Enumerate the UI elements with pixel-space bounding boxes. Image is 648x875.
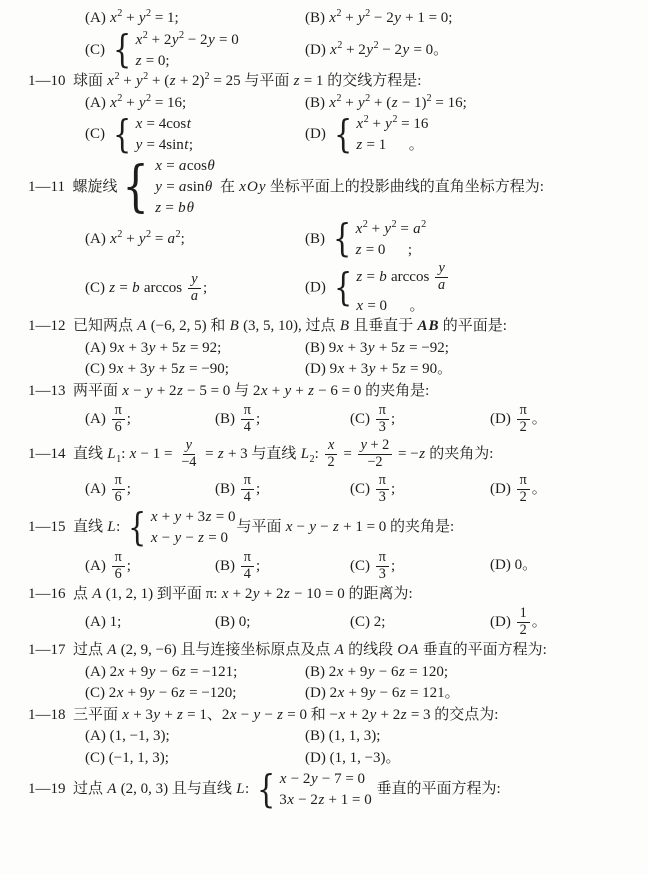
fraction: π2 <box>517 403 530 436</box>
text-run: 的夹角是: <box>361 383 429 399</box>
math-run: A <box>107 781 117 797</box>
math-run: ; <box>127 558 131 574</box>
option-cell: (C) π3; <box>350 473 490 506</box>
text-run: 。 <box>532 411 547 427</box>
math-run: 2; <box>374 614 386 630</box>
text-run: 1—14 直线 <box>28 446 107 462</box>
option-cell: (D) (1, 1, −3)。 <box>305 749 401 769</box>
text-run: (C) <box>85 685 109 701</box>
text-run: 。 <box>532 614 547 630</box>
system-equation: x − 2y − 7 = 0 <box>279 770 371 788</box>
text-run: 的夹角是: <box>386 519 454 535</box>
option-cell: (A) 1; <box>85 613 215 633</box>
option-cell: (D) 9x + 3y + 5z = 90。 <box>305 360 452 380</box>
math-run: ; <box>256 481 260 497</box>
document-line: 1—10 球面 x2 + y2 + (z + 2)2 = 25 与平面 z = … <box>0 72 644 92</box>
text-run: 的交点为: <box>431 707 499 723</box>
math-run: OA <box>397 642 419 658</box>
math-run: 9x + 3y + 5z = 92; <box>110 340 222 356</box>
document-line: (A) π6;(B) π4;(C) π3;(D) π2。 <box>0 403 644 436</box>
math-run: x2 + 2y2 − 2y = 0。 <box>330 42 449 58</box>
math-run: L: <box>107 519 124 535</box>
text-run: (B) <box>305 95 329 111</box>
text-run: 和 <box>307 707 330 723</box>
math-run: = z + 3 <box>201 446 247 462</box>
math-run: L: <box>236 781 253 797</box>
math-run: z = 1 。 <box>356 137 424 153</box>
option-cell: (C) 2x + 9y − 6z = −120; <box>85 684 305 704</box>
problem-statement: 1—10 球面 x2 + y2 + (z + 2)2 = 25 与平面 z = … <box>28 72 421 92</box>
math-run: xOy <box>239 179 266 195</box>
left-brace-icon: { <box>333 224 351 255</box>
text-run: (D) <box>305 750 330 766</box>
math-run: 2x + 9y − 6z = −120; <box>109 685 237 701</box>
math-run: (1, 1, −3)。 <box>330 750 401 766</box>
math-run: x2 + y2 − 2y + 1 = 0; <box>329 10 453 26</box>
option-cell: (C) {x2 + 2y2 − 2y = 0z = 0; <box>85 31 305 71</box>
text-run: (B) <box>215 411 239 427</box>
math-run: x − y + 2z − 5 = 0 <box>122 383 231 399</box>
text-run: (1, 2, 1) 到平面 <box>102 586 206 602</box>
fraction: π2 <box>517 473 530 506</box>
document-line: (C) 9x + 3y + 5z = −90;(D) 9x + 3y + 5z … <box>0 360 644 380</box>
option-cell: (B) π4; <box>215 550 350 583</box>
system-equation: z = bθ <box>155 199 216 217</box>
math-run: B <box>339 318 349 334</box>
text-run: (D) <box>490 614 515 630</box>
math-run: x2 + 2y2 − 2y = 0 <box>135 32 239 48</box>
text-run: (D) <box>490 411 515 427</box>
option-cell: (B) 9x + 3y + 5z = −92; <box>305 339 449 359</box>
text-run: (D) <box>305 280 330 296</box>
option-cell: (A) π6; <box>85 403 215 436</box>
text-run: 的交线方程是: <box>323 73 421 89</box>
math-run: L1: x − 1 = <box>107 446 176 462</box>
option-cell: (A) 9x + 3y + 5z = 92; <box>85 339 305 359</box>
text-run: (A) <box>85 340 110 356</box>
text-run: (A) <box>85 728 110 744</box>
document-line: 1—18 三平面 x + 3y + z = 1、2x − y − z = 0 和… <box>0 706 644 726</box>
system-equation: y = asinθ <box>155 178 216 196</box>
option-cell: (B) π4; <box>215 473 350 506</box>
math-run: x2 + y2 = a2; <box>110 231 185 247</box>
math-run: x2 + y2 = 16 <box>356 116 428 132</box>
left-brace-icon: { <box>128 513 146 544</box>
text-run: 1—11 螺旋线 <box>28 179 117 195</box>
text-run: (C) <box>350 411 374 427</box>
option-cell: (B) 0; <box>215 613 350 633</box>
text-run: 垂直的平面方程为: <box>419 642 547 658</box>
text-run: (A) <box>85 10 110 26</box>
text-run: 与 <box>230 383 253 399</box>
text-run: 的线段 <box>344 642 397 658</box>
left-brace-icon: { <box>113 120 131 151</box>
option-cell: (D) 12。 <box>490 606 547 639</box>
system-equation: z = 0; <box>135 52 239 70</box>
left-brace-icon: { <box>334 273 352 304</box>
fraction: π6 <box>112 550 125 583</box>
text-run: (C) <box>350 614 374 630</box>
math-run: y = 4sint; <box>135 137 193 153</box>
text-run: 且垂直于 <box>349 318 417 334</box>
option-cell: (D) 2x + 9y − 6z = 121。 <box>305 684 460 704</box>
document-line: (C) {x = 4costy = 4sint;(D) {x2 + y2 = 1… <box>0 115 644 155</box>
document-line: 1—13 两平面 x − y + 2z − 5 = 0 与 2x + y + z… <box>0 382 644 402</box>
document-line: (A) x2 + y2 = a2;(B) {x2 + y2 = a2z = 0 … <box>0 220 644 260</box>
text-run: (C) <box>85 42 109 58</box>
math-run: x = acosθ <box>155 158 216 174</box>
math-run: ; <box>127 481 131 497</box>
system-equation: x = acosθ <box>155 157 216 175</box>
option-cell: (D) x2 + 2y2 − 2y = 0。 <box>305 41 448 61</box>
option-cell: (C) z = b arccos ya; <box>85 272 305 305</box>
text-run: (−6, 2, 5) 和 <box>147 318 229 334</box>
math-run: A <box>334 642 344 658</box>
math-run: z = 0; <box>135 53 169 69</box>
document-line: 1—16 点 A (1, 2, 1) 到平面 π: x + 2y + 2z − … <box>0 585 644 605</box>
equation-system: {x − 2y − 7 = 03x − 2z + 1 = 0 <box>254 770 372 810</box>
math-run: x + 3y + z = 1 <box>122 707 207 723</box>
option-cell: (A) x2 + y2 = 1; <box>85 9 305 29</box>
document-line: 1—17 过点 A (2, 9, −6) 且与连接坐标原点及点 A 的线段 OA… <box>0 641 644 661</box>
math-run: π: x + 2y + 2z − 10 = 0 <box>206 586 345 602</box>
option-cell: (B) π4; <box>215 403 350 436</box>
system-equation: z = 1 。 <box>356 136 428 154</box>
fraction: π3 <box>376 550 389 583</box>
document-line: (A) 1;(B) 0;(C) 2;(D) 12。 <box>0 606 644 639</box>
math-run: ; <box>127 411 131 427</box>
text-run: 。 <box>532 481 547 497</box>
math-run: A <box>107 642 117 658</box>
option-cell: (C) π3; <box>350 403 490 436</box>
fraction: π6 <box>112 403 125 436</box>
document-line: 1—19 过点 A (2, 0, 3) 且与直线 L: {x − 2y − 7 … <box>0 770 644 810</box>
fraction: ya <box>188 272 201 305</box>
text-run: 1—15 直线 <box>28 519 107 535</box>
option-cell: (C) π3; <box>350 550 490 583</box>
math-run: 0。 <box>515 557 538 573</box>
document-line: (C) (−1, 1, 3);(D) (1, 1, −3)。 <box>0 749 644 769</box>
text-run: 与平面 <box>236 519 285 535</box>
system-equation: 3x − 2z + 1 = 0 <box>279 791 371 809</box>
text-run: 1—13 两平面 <box>28 383 122 399</box>
document-line: 1—12 已知两点 A (−6, 2, 5) 和 B (3, 5, 10), 过… <box>0 317 644 337</box>
math-run: = −z <box>394 446 425 462</box>
text-run: 1—12 已知两点 <box>28 318 137 334</box>
math-run: x2 + y2 = a2 <box>355 221 426 237</box>
text-run: (B) <box>305 340 329 356</box>
option-cell: (C) 9x + 3y + 5z = −90; <box>85 360 305 380</box>
option-cell: (A) x2 + y2 = 16; <box>85 94 305 114</box>
problem-statement: 1—19 过点 A (2, 0, 3) 且与直线 L: {x − 2y − 7 … <box>28 770 501 810</box>
math-run: x + y + 3z = 0 <box>150 509 235 525</box>
option-cell: (D) 0。 <box>490 556 537 576</box>
left-brace-icon: { <box>113 35 131 66</box>
left-brace-icon: { <box>257 775 275 806</box>
text-run: (A) <box>85 614 110 630</box>
text-run: (B) <box>305 728 329 744</box>
document-line: (C) 2x + 9y − 6z = −120;(D) 2x + 9y − 6z… <box>0 684 644 704</box>
text-run: 坐标平面上的投影曲线的直角坐标方程为: <box>266 179 544 195</box>
math-run: 1; <box>110 614 122 630</box>
option-cell: (D) π2。 <box>490 473 547 506</box>
fraction: ya <box>435 261 448 294</box>
math-run: ; <box>203 280 207 296</box>
text-run: (2, 9, −6) 且与连接坐标原点及点 <box>117 642 334 658</box>
fraction: π3 <box>376 403 389 436</box>
math-run: (1, 1, 3); <box>329 728 381 744</box>
option-cell: (C) 2; <box>350 613 490 633</box>
text-run: (A) <box>85 664 110 680</box>
text-run: (D) <box>305 42 330 58</box>
math-run: 9x + 3y + 5z = −92; <box>329 340 449 356</box>
system-equation: x2 + y2 = 16 <box>356 115 428 133</box>
math-run: 2x + y + z − 6 = 0 <box>253 383 362 399</box>
option-cell: (D) {z = b arccos yax = 0 。 <box>305 261 451 315</box>
math-run: 0; <box>239 614 251 630</box>
document-line: 1—14 直线 L1: x − 1 = y−4 = z + 3 与直线 L2: … <box>0 438 644 471</box>
text-run: (3, 5, 10), 过点 <box>239 318 339 334</box>
text-run: 、 <box>207 707 222 723</box>
problem-statement: 1—17 过点 A (2, 9, −6) 且与连接坐标原点及点 A 的线段 OA… <box>28 641 547 661</box>
document-line: 1—15 直线 L: {x + y + 3z = 0x − y − z = 0与… <box>0 508 644 548</box>
text-run: (D) <box>305 126 330 142</box>
left-brace-icon: { <box>123 165 149 209</box>
text-run: (A) <box>85 411 110 427</box>
math-run: x2 + y2 = 1; <box>110 10 179 26</box>
fraction: π4 <box>241 473 254 506</box>
math-run: A <box>92 586 102 602</box>
text-run: (D) <box>490 481 515 497</box>
document-line: 1—11 螺旋线{x = acosθy = asinθz = bθ 在 xOy … <box>0 157 644 218</box>
vector-label: AB <box>417 318 439 334</box>
text-run: 与直线 <box>248 446 301 462</box>
option-cell: (D) {x2 + y2 = 16z = 1 。 <box>305 115 429 155</box>
document-line: (A) 9x + 3y + 5z = 92;(B) 9x + 3y + 5z =… <box>0 339 644 359</box>
math-run: 3x − 2z + 1 = 0 <box>279 792 371 808</box>
text-run: 的平面是: <box>439 318 507 334</box>
system-equation: z = b arccos ya <box>356 261 450 294</box>
problem-statement: 1—12 已知两点 A (−6, 2, 5) 和 B (3, 5, 10), 过… <box>28 317 507 337</box>
problem-statement: 1—14 直线 L1: x − 1 = y−4 = z + 3 与直线 L2: … <box>28 438 493 471</box>
text-run: (D) <box>490 557 515 573</box>
math-run: (1, −1, 3); <box>110 728 170 744</box>
text-run: (C) <box>85 280 109 296</box>
system-equation: z = 0 ; <box>355 241 426 259</box>
text-run: (B) <box>215 481 239 497</box>
fraction: π6 <box>112 473 125 506</box>
fraction: y + 2−2 <box>358 438 393 471</box>
math-run: z = bθ <box>155 200 195 216</box>
text-run: (B) <box>215 614 239 630</box>
document-line: (A) x2 + y2 = 16;(B) x2 + y2 + (z − 1)2 … <box>0 94 644 114</box>
text-run: 1—19 过点 <box>28 781 107 797</box>
math-run: 9x + 3y + 5z = 90。 <box>330 361 453 377</box>
system-equation: x2 + 2y2 − 2y = 0 <box>135 31 239 49</box>
math-run: = <box>340 446 356 462</box>
left-brace-icon: { <box>334 120 352 151</box>
math-run: x2 + y2 = 16; <box>110 95 187 111</box>
problem-statement: 1—15 直线 L: {x + y + 3z = 0x − y − z = 0与… <box>28 508 454 548</box>
option-cell: (C) (−1, 1, 3); <box>85 749 305 769</box>
text-run: 的距离为: <box>345 586 413 602</box>
equation-system: {x2 + y2 = 16z = 1 。 <box>331 115 429 155</box>
option-cell: (A) 2x + 9y − 6z = −121; <box>85 663 305 683</box>
math-run: y = asinθ <box>155 179 213 195</box>
math-run: x = 4cost <box>135 116 191 132</box>
math-run: x − 2y − 7 = 0 <box>279 771 365 787</box>
text-run: 与平面 <box>241 73 294 89</box>
text-run: (A) <box>85 95 110 111</box>
option-cell: (A) (1, −1, 3); <box>85 727 305 747</box>
document-line: (A) x2 + y2 = 1;(B) x2 + y2 − 2y + 1 = 0… <box>0 9 644 29</box>
math-run: −x + 2y + 2z = 3 <box>329 707 430 723</box>
math-run: A <box>137 318 147 334</box>
math-run: z = 0 ; <box>355 242 412 258</box>
text-run: 垂直的平面方程为: <box>373 781 501 797</box>
option-cell: (B) x2 + y2 + (z − 1)2 = 16; <box>305 94 467 114</box>
text-run: 的夹角为: <box>426 446 494 462</box>
math-run: 2x + 9y − 6z = 120; <box>329 664 448 680</box>
math-run: ; <box>256 411 260 427</box>
scanned-textbook-page: (A) x2 + y2 = 1;(B) x2 + y2 − 2y + 1 = 0… <box>0 0 648 875</box>
math-run: ; <box>256 558 260 574</box>
text-run: 1—10 球面 <box>28 73 107 89</box>
text-run: 1—17 过点 <box>28 642 107 658</box>
fraction: π4 <box>241 550 254 583</box>
text-run: (D) <box>305 361 330 377</box>
math-run: x − y − z = 0 <box>150 530 228 546</box>
document-line: (C) {x2 + 2y2 − 2y = 0z = 0;(D) x2 + 2y2… <box>0 31 644 71</box>
equation-system: {x = acosθy = asinθz = bθ <box>118 157 215 218</box>
document-line: (A) π6;(B) π4;(C) π3;(D) π2。 <box>0 473 644 506</box>
option-cell: (A) π6; <box>85 473 215 506</box>
text-run: (B) <box>215 558 239 574</box>
math-run: x2 + y2 + (z − 1)2 = 16; <box>329 95 467 111</box>
equation-system: {x2 + 2y2 − 2y = 0z = 0; <box>110 31 239 71</box>
math-run: z = 1 <box>293 73 323 89</box>
math-run: 2x + 9y − 6z = 121。 <box>330 685 460 701</box>
problem-statement: 1—11 螺旋线{x = acosθy = asinθz = bθ 在 xOy … <box>28 157 544 218</box>
text-run: (C) <box>85 126 109 142</box>
equation-system: {x = 4costy = 4sint; <box>110 115 193 155</box>
document-line: (A) (1, −1, 3);(B) (1, 1, 3); <box>0 727 644 747</box>
math-run: B <box>229 318 239 334</box>
fraction: 12 <box>517 606 530 639</box>
math-run: x − y − z + 1 = 0 <box>285 519 386 535</box>
text-run: (2, 0, 3) 且与直线 <box>117 781 236 797</box>
option-cell: (B) (1, 1, 3); <box>305 727 380 747</box>
text-run: 在 <box>216 179 239 195</box>
text-run: (A) <box>85 231 110 247</box>
problem-statement: 1—16 点 A (1, 2, 1) 到平面 π: x + 2y + 2z − … <box>28 585 413 605</box>
option-cell: (C) {x = 4costy = 4sint; <box>85 115 305 155</box>
equation-system: {x + y + 3z = 0x − y − z = 0 <box>125 508 235 548</box>
text-run: (C) <box>85 750 109 766</box>
system-equation: x + y + 3z = 0 <box>150 508 235 526</box>
math-run: x = 0 。 <box>356 298 425 314</box>
math-run: z = b arccos <box>109 280 186 296</box>
system-equation: x2 + y2 = a2 <box>355 220 426 238</box>
fraction: π4 <box>241 403 254 436</box>
text-run: 1—16 点 <box>28 586 92 602</box>
text-run: 1—18 三平面 <box>28 707 122 723</box>
text-run: (B) <box>305 231 329 247</box>
system-equation: x − y − z = 0 <box>150 529 235 547</box>
text-run: (D) <box>305 685 330 701</box>
fraction: π3 <box>376 473 389 506</box>
equation-system: {x2 + y2 = a2z = 0 ; <box>330 220 426 260</box>
problem-statement: 1—13 两平面 x − y + 2z − 5 = 0 与 2x + y + z… <box>28 382 429 402</box>
math-run: 2x + 9y − 6z = −121; <box>110 664 238 680</box>
text-run: (B) <box>305 10 329 26</box>
document-line: (A) 2x + 9y − 6z = −121;(B) 2x + 9y − 6z… <box>0 663 644 683</box>
math-run: L2: <box>300 446 322 462</box>
system-equation: x = 0 。 <box>356 297 450 315</box>
math-run: ; <box>391 558 395 574</box>
math-run: x2 + y2 + (z + 2)2 = 25 <box>107 73 241 89</box>
math-run: ; <box>391 411 395 427</box>
text-run: (A) <box>85 481 110 497</box>
document-line: (C) z = b arccos ya;(D) {z = b arccos ya… <box>0 261 644 315</box>
option-cell: (B) {x2 + y2 = a2z = 0 ; <box>305 220 427 260</box>
math-run: 9x + 3y + 5z = −90; <box>109 361 229 377</box>
system-equation: x = 4cost <box>135 115 193 133</box>
fraction: x2 <box>325 438 338 471</box>
text-run: (B) <box>305 664 329 680</box>
option-cell: (A) x2 + y2 = a2; <box>85 230 305 250</box>
document-line: (A) π6;(B) π4;(C) π3;(D) 0。 <box>0 550 644 583</box>
math-run: z = b arccos <box>356 269 433 285</box>
math-run: 2x − y − z = 0 <box>222 707 307 723</box>
fraction: y−4 <box>178 438 199 471</box>
equation-system: {z = b arccos yax = 0 。 <box>331 261 451 315</box>
text-run: (C) <box>350 481 374 497</box>
math-run: (−1, 1, 3); <box>109 750 169 766</box>
option-cell: (B) x2 + y2 − 2y + 1 = 0; <box>305 9 452 29</box>
option-cell: (D) π2。 <box>490 403 547 436</box>
problem-statement: 1—18 三平面 x + 3y + z = 1、2x − y − z = 0 和… <box>28 706 498 726</box>
math-run: ; <box>391 481 395 497</box>
option-cell: (B) 2x + 9y − 6z = 120; <box>305 663 448 683</box>
text-run: (A) <box>85 558 110 574</box>
option-cell: (A) π6; <box>85 550 215 583</box>
system-equation: y = 4sint; <box>135 136 193 154</box>
text-run: (C) <box>85 361 109 377</box>
text-run: (C) <box>350 558 374 574</box>
